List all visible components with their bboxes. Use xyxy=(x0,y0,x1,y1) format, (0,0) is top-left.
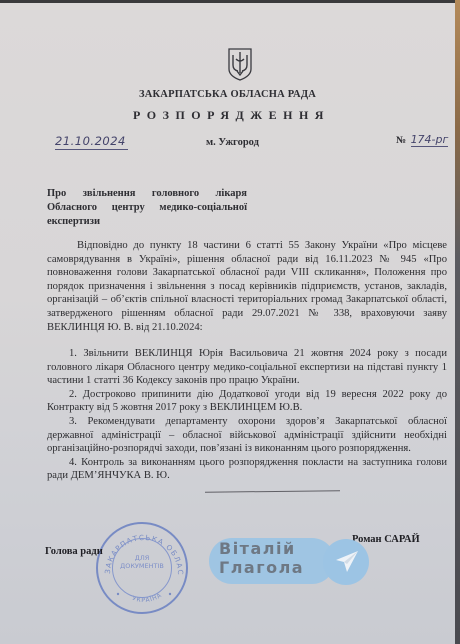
document-number: № 174-рг xyxy=(396,133,448,146)
order-item-3: 3. Рекомендувати департаменту охорони зд… xyxy=(47,415,447,456)
order-item-4: 4. Контроль за виконанням цього розпоряд… xyxy=(47,456,447,483)
handwritten-number: 174-рг xyxy=(411,133,449,147)
document-subject: Про звільнення головного лікаря Обласног… xyxy=(47,187,247,229)
handwritten-date: 21.10.2024 xyxy=(55,134,128,150)
council-name: ЗАКАРПАТСЬКА ОБЛАСНА РАДА xyxy=(0,89,455,100)
city: м. Ужгород xyxy=(206,137,259,148)
watermark-text: Віталій Глагола xyxy=(219,539,304,577)
order-item-1: 1. Звільнити ВЕКЛИНЦЯ Юрія Васильовича 2… xyxy=(47,347,447,388)
signature-line xyxy=(205,490,340,492)
seal-center-text: ДЛЯ ДОКУМЕНТІВ xyxy=(98,554,186,570)
official-seal: ЗАКАРПАТСЬКА ОБЛАСНА РАДА УКРАЇНА ДЛЯ ДО… xyxy=(96,522,188,614)
preamble-paragraph: Відповідно до пункту 18 частини 6 статті… xyxy=(47,239,447,334)
number-label: № xyxy=(396,135,406,146)
telegram-plane-icon xyxy=(333,547,361,575)
document-type-title: РОЗПОРЯДЖЕННЯ xyxy=(0,108,455,123)
signatory-name: Роман САРАЙ xyxy=(352,534,420,545)
trident-emblem-icon xyxy=(227,47,253,81)
photo-right-edge xyxy=(455,0,460,644)
signatory-title: Голова ради xyxy=(45,546,103,557)
order-items: 1. Звільнити ВЕКЛИНЦЯ Юрія Васильовича 2… xyxy=(47,347,447,483)
order-item-2: 2. Достроково припинити дію Додаткової у… xyxy=(47,388,447,415)
document-page: ЗАКАРПАТСЬКА ОБЛАСНА РАДА РОЗПОРЯДЖЕННЯ … xyxy=(0,3,455,644)
